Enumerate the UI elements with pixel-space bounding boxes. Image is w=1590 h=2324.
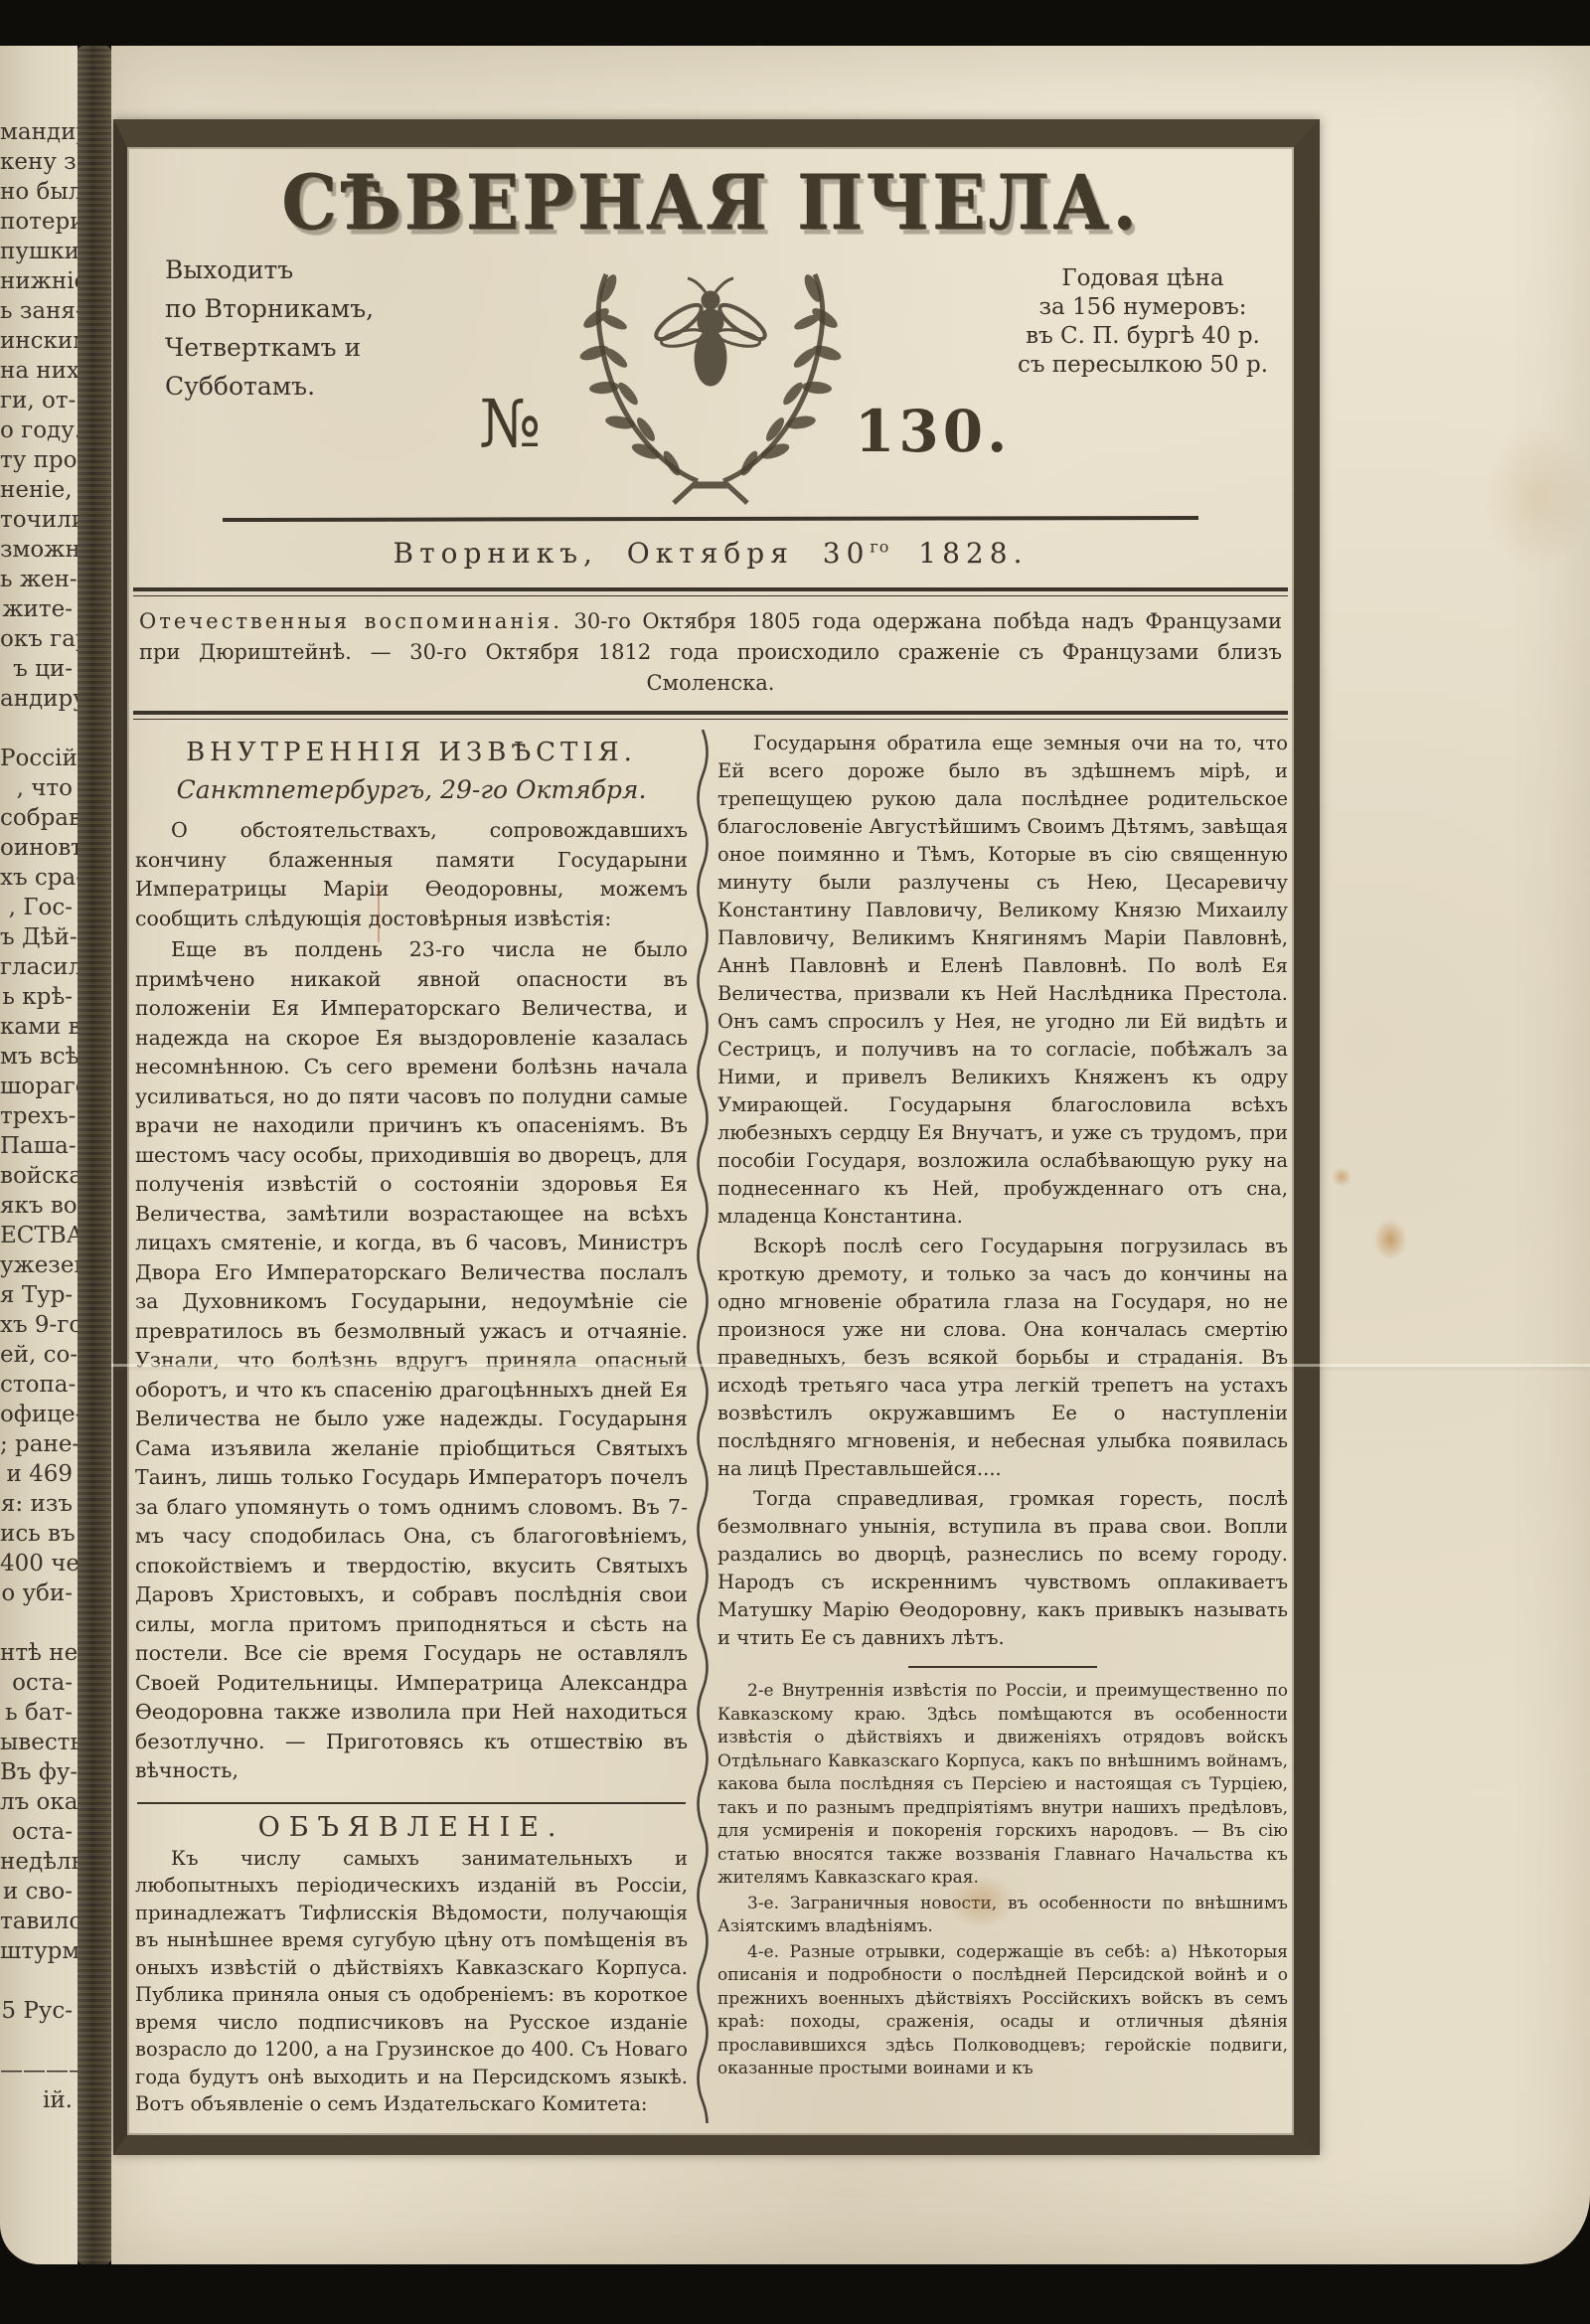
prev-page-text-fragment: стопа-	[0, 1370, 78, 1400]
prev-page-text-fragment: нижніе	[0, 266, 78, 296]
scratch-mark	[378, 883, 380, 942]
prev-page-text-fragment: мандиръ	[0, 117, 78, 147]
short-rule	[908, 1666, 1097, 1668]
prev-page-text-fragment: кену за-	[0, 147, 78, 177]
double-rule	[133, 711, 1288, 720]
schedule-line: Выходитъ	[165, 250, 433, 289]
column-rule	[137, 1802, 686, 1804]
paragraph: О обстоятельствахъ, сопровождавшихъ конч…	[135, 816, 688, 933]
prev-page-text-fragment: ись въ	[0, 1519, 78, 1549]
paragraph: Вскорѣ послѣ сего Государыня погрузилась…	[717, 1233, 1288, 1483]
prev-page-text-fragment: тавило	[0, 1907, 78, 1936]
prev-page-text-fragment: о году.	[0, 415, 78, 445]
prev-page-text-fragment: ей, со-	[0, 1340, 78, 1370]
issue-number: 130.	[855, 398, 1011, 465]
prev-page-text-fragment: хъ 9-го	[0, 1310, 78, 1340]
stain	[1373, 1219, 1407, 1260]
article-columns: ВНУТРЕННІЯ ИЗВѢСТІЯ. Санктпетербургъ, 29…	[131, 730, 1290, 2123]
prev-page-text-fragment: точили	[0, 505, 78, 535]
prev-page-text-fragment: ужезем-	[0, 1250, 78, 1280]
prev-page-text-fragment: Въ фу-	[0, 1757, 78, 1787]
prev-page-text-fragment	[0, 2026, 78, 2056]
prev-page-text-fragment: Паша-	[0, 1131, 78, 1161]
schedule-line: по Вторникамъ,	[165, 289, 433, 328]
page-border-frame: СѢВЕРНАЯ ПЧЕЛА. Выходитъ по Вторникамъ, …	[113, 119, 1320, 2155]
newspaper-page: СѢВЕРНАЯ ПЧЕЛА. Выходитъ по Вторникамъ, …	[111, 46, 1590, 2264]
paragraph: 2-е Внутреннія извѣстія по Россіи, и пре…	[717, 1680, 1288, 1891]
prev-page-text-fragment: на нихъ	[0, 356, 78, 386]
prev-page-text-fragment: ь крѣ-	[0, 982, 78, 1012]
price-line: за 156 нумеровъ:	[1004, 293, 1282, 322]
paragraph: Тогда справедливая, громкая горесть, пос…	[717, 1485, 1288, 1652]
prev-page-text-fragment: ками въ	[0, 1012, 78, 1042]
prev-page-text-fragment: я Тур-	[0, 1280, 78, 1310]
prev-page-text-fragment: ывесть	[0, 1728, 78, 1757]
prev-page-text-fragment: ; ране-	[0, 1429, 78, 1459]
prev-page-text-fragment: окъ гар-	[0, 624, 78, 654]
paragraph: Изданіе Тифлисскихъ Вѣдомостей на будущі…	[135, 2120, 688, 2124]
prev-page-text-fragment: оиновъ,	[0, 833, 78, 863]
dateline-year: 1828.	[889, 537, 1028, 570]
dateline-text: Вторникъ, Октября 30	[394, 537, 871, 570]
issue-number-sign: №	[479, 386, 541, 462]
price-line: съ пересылкою 50 р.	[1004, 351, 1282, 380]
newspaper-scan: { "masthead": { "title": "СѢВЕРНАЯ ПЧЕЛА…	[0, 0, 1590, 2324]
column-divider	[694, 730, 712, 2123]
prev-page-text-fragment: ь жен-	[0, 565, 78, 594]
prev-page-text-fragment: ъ Дѣй-	[0, 922, 78, 952]
bee-icon	[652, 278, 770, 386]
paragraph: 4-е. Разные отрывки, содержащіе въ себѣ:…	[717, 1941, 1288, 2081]
prev-page-text-fragment: оста-	[0, 1668, 78, 1698]
price-line: Годовая цѣна	[1004, 264, 1282, 293]
memory-label: Отечественныя воспоминанія.	[139, 609, 562, 633]
prev-page-text-fragment: жите-	[0, 594, 78, 624]
prev-page-text-fragment: я: изъ	[0, 1489, 78, 1519]
prev-page-strip: мандиръ кену за- но было потери пушки ни…	[0, 46, 78, 2264]
prev-page-text-fragment: ЕСТВА	[0, 1221, 78, 1250]
section-heading-domestic-news: ВНУТРЕННІЯ ИЗВѢСТІЯ.	[135, 738, 688, 767]
prev-page-text-fragment: пушки	[0, 237, 78, 266]
prev-page-text-fragment: , Гос-	[0, 893, 78, 922]
publication-schedule: Выходитъ по Вторникамъ, Четверткамъ и Су…	[165, 250, 433, 406]
stain	[1483, 423, 1590, 573]
prev-page-text-fragment	[0, 1608, 78, 1638]
prev-page-text-fragment: андиру	[0, 684, 78, 714]
prev-page-text-fragment: ь бат-	[0, 1698, 78, 1728]
prev-page-text-fragment: 5 Рус-	[0, 1996, 78, 2026]
subscription-price: Годовая цѣна за 156 нумеровъ: въ С. П. б…	[1004, 264, 1282, 380]
stain	[1332, 1167, 1351, 1187]
prev-page-text-fragment: потери	[0, 207, 78, 237]
prev-page-text-fragment	[0, 714, 78, 744]
prev-page-text-fragment: офице-	[0, 1400, 78, 1429]
prev-page-text-fragment: нтѣ не	[0, 1638, 78, 1668]
prev-page-text-fragment	[0, 1966, 78, 1996]
prev-page-text-fragment: ————	[0, 2056, 78, 2085]
schedule-line: Четверткамъ и	[165, 328, 433, 367]
prev-page-text-fragment: шораго	[0, 1072, 78, 1101]
prev-page-text-fragment: зможно-	[0, 535, 78, 565]
prev-page-text-fragment: , что	[0, 773, 78, 803]
prev-page-text-fragment: и сво-	[0, 1877, 78, 1907]
prev-page-text-fragment: собрав-	[0, 803, 78, 833]
section-heading-announcement: ОБЪЯВЛЕНІЕ.	[135, 1812, 688, 1843]
prev-page-text-fragment: инскими	[0, 326, 78, 356]
paragraph: Еще въ полдень 23-го числа не было примѣ…	[135, 935, 688, 1786]
prev-page-text-fragment: ій.	[0, 2085, 78, 2115]
horizontal-rule	[223, 516, 1198, 522]
double-rule	[133, 587, 1288, 596]
prev-page-text-fragment: 400 че-	[0, 1549, 78, 1578]
dateline: Вторникъ, Октября 30го 1828.	[131, 537, 1290, 570]
prev-page-text-fragment: о уби-	[0, 1578, 78, 1608]
schedule-line: Субботамъ.	[165, 367, 433, 406]
section-subheading-dateline: Санктпетербургъ, 29-го Октября.	[135, 775, 688, 804]
prev-page-text-fragment: и 469	[0, 1459, 78, 1489]
prev-page-text-fragment: ъ ци-	[0, 654, 78, 684]
prev-page-text-fragment: хъ сра-	[0, 863, 78, 893]
fold-crease	[111, 1364, 1590, 1367]
prev-page-text-fragment: оста-	[0, 1817, 78, 1847]
newspaper-title: СѢВЕРНАЯ ПЧЕЛА.	[131, 158, 1290, 248]
prev-page-text-fragment: Россій-	[0, 744, 78, 773]
prev-page-text-fragment: но было	[0, 177, 78, 207]
price-line: въ С. П. бургѣ 40 р.	[1004, 322, 1282, 351]
prev-page-text-fragment: лъ ока-	[0, 1787, 78, 1817]
prev-page-text-fragment: гласил-	[0, 952, 78, 982]
prev-page-text-fragment: якъ во-	[0, 1191, 78, 1221]
patriotic-memories-note: Отечественныя воспоминанія. 30-го Октябр…	[139, 606, 1282, 699]
prev-page-text-fragment: мъ всѣ	[0, 1042, 78, 1072]
dateline-superscript: го	[870, 538, 889, 557]
prev-page-text-fragment: войска-	[0, 1161, 78, 1191]
prev-page-text-fragment: ь заня-	[0, 296, 78, 326]
stain	[946, 1875, 1016, 1928]
paragraph: Къ числу самыхъ занимательныхъ и любопыт…	[135, 1845, 688, 2118]
prev-page-text-fragment: штурмъ.	[0, 1936, 78, 1966]
prev-page-text-fragment: ту про-	[0, 445, 78, 475]
left-column: ВНУТРЕННІЯ ИЗВѢСТІЯ. Санктпетербургъ, 29…	[131, 730, 694, 2123]
bee-wreath-emblem	[517, 239, 904, 513]
prev-page-text-fragment: неніе, и	[0, 475, 78, 505]
prev-page-text-fragment: ги, от-	[0, 386, 78, 415]
prev-page-text-fragment: недѣль	[0, 1847, 78, 1877]
paragraph: Государыня обратила еще земныя очи на то…	[717, 730, 1288, 1231]
book-binding-edge	[78, 46, 111, 2264]
page-content: СѢВЕРНАЯ ПЧЕЛА. Выходитъ по Вторникамъ, …	[127, 147, 1294, 2135]
prev-page-text-fragment: трехъ-	[0, 1101, 78, 1131]
masthead: СѢВЕРНАЯ ПЧЕЛА. Выходитъ по Вторникамъ, …	[131, 147, 1290, 517]
